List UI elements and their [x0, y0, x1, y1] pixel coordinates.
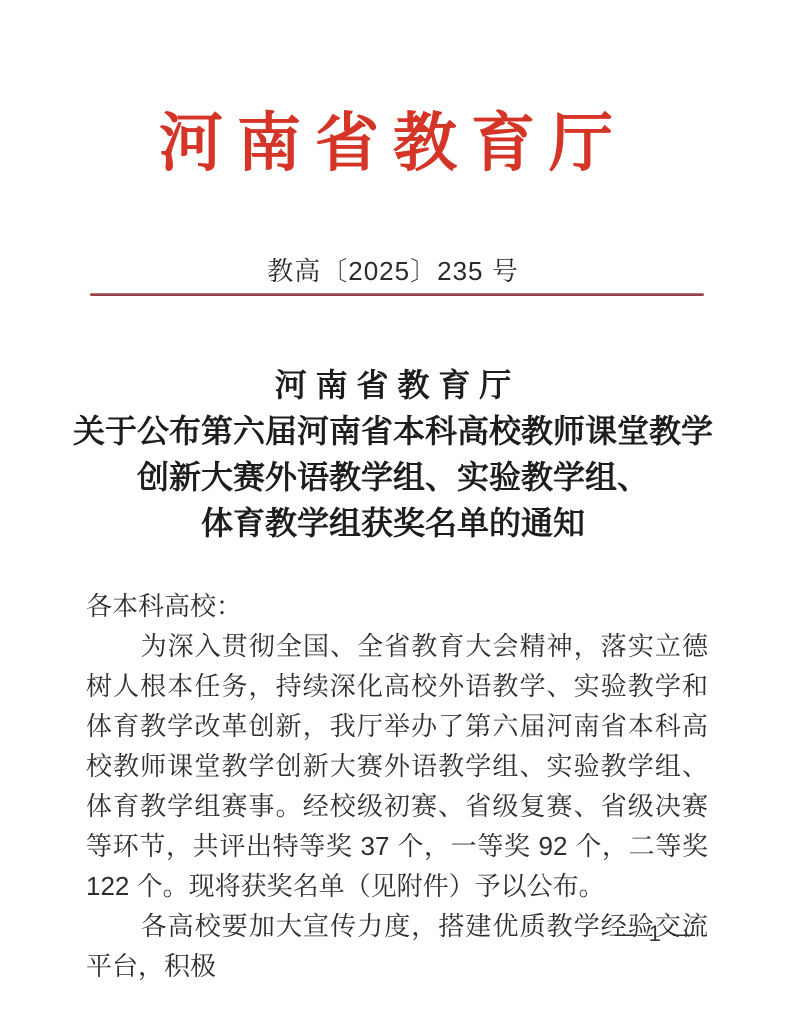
body-paragraph-1: 为深入贯彻全国、全省教育大会精神，落实立德树人根本任务，持续深化高校外语教学、实… [86, 626, 708, 906]
document-page: 河南省教育厅 教高〔2025〕235 号 河 南 省 教 育 厅 关于公布第六届… [0, 0, 786, 1027]
notice-title-line-4: 体育教学组获奖名单的通知 [42, 500, 744, 546]
notice-title: 河 南 省 教 育 厅 关于公布第六届河南省本科高校教师课堂教学 创新大赛外语教… [42, 362, 744, 546]
document-reference-number: 教高〔2025〕235 号 [0, 251, 786, 288]
notice-title-line-1: 河 南 省 教 育 厅 [42, 362, 744, 408]
salutation: 各本科高校： [86, 586, 708, 626]
notice-title-line-2: 关于公布第六届河南省本科高校教师课堂教学 [42, 408, 744, 454]
letterhead-agency-title: 河南省教育厅 [0, 102, 786, 185]
page-number: — 1 — [615, 921, 698, 947]
red-separator-rule [90, 293, 704, 296]
notice-title-line-3: 创新大赛外语教学组、实验教学组、 [42, 454, 744, 500]
